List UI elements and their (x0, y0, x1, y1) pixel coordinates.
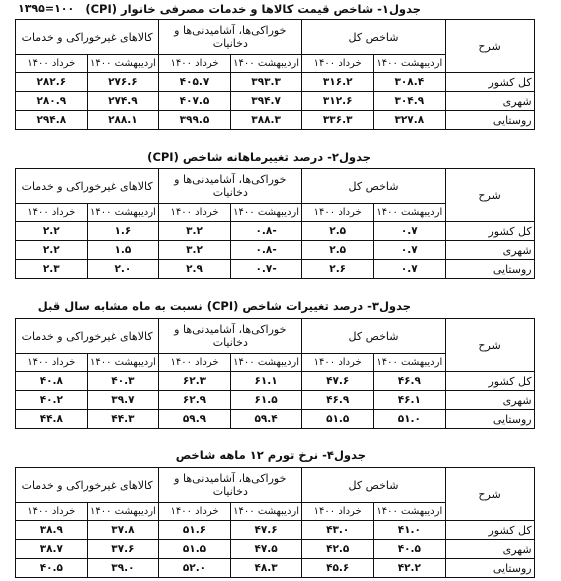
value-cell: ۲۷۶.۶ (87, 73, 159, 92)
table-row: کل کشور۴۶.۹۴۷.۶۶۱.۱۶۲.۳۴۰.۳۴۰.۸ (16, 372, 535, 391)
value-cell: ۴۸.۳ (230, 559, 302, 578)
value-cell: ۳۹.۷ (87, 391, 159, 410)
value-cell: ۲۷۴.۹ (87, 92, 159, 111)
value-cell: ۵۱.۰ (374, 410, 446, 429)
value-cell: ۲۹۴.۸ (16, 111, 88, 130)
column-group-header: کالاهای غیرخوراکی و خدمات (16, 319, 159, 354)
value-cell: ۰.۷ (374, 241, 446, 260)
month-header: اردیبهشت ۱۴۰۰ (374, 354, 446, 372)
value-cell: ۰.۷ (374, 222, 446, 241)
value-cell: ۵۹.۴ (230, 410, 302, 429)
table-2-title: جدول۲- درصد تغییرماهانه شاخص (CPI) (147, 150, 371, 164)
value-cell: ۴۰۷.۵ (159, 92, 231, 111)
value-cell: ۲.۰ (87, 260, 159, 279)
value-cell: -۰.۷ (230, 260, 302, 279)
table-row: روستایی۴۲.۲۴۵.۶۴۸.۳۵۲.۰۳۹.۰۴۰.۵ (16, 559, 535, 578)
month-header: خرداد ۱۴۰۰ (16, 354, 88, 372)
sharh-header: شرح (445, 169, 534, 222)
table-row: روستایی۰.۷۲.۶-۰.۷۲.۹۲.۰۲.۳ (16, 260, 535, 279)
month-header: اردیبهشت ۱۴۰۰ (230, 503, 302, 521)
table-row: کل کشور۴۱.۰۴۳.۰۴۷.۶۵۱.۶۳۷.۸۳۸.۹ (16, 521, 535, 540)
value-cell: ۴۰.۵ (374, 540, 446, 559)
column-group-header: شاخص کل (302, 319, 445, 354)
header-row-groups: شرحشاخص کلخوراکی‌ها، آشامیدنی‌ها و دخانی… (16, 468, 535, 503)
value-cell: ۲.۲ (16, 222, 88, 241)
row-label: روستایی (445, 260, 534, 279)
value-cell: ۴۶.۱ (374, 391, 446, 410)
value-cell: ۲۸۲.۶ (16, 73, 88, 92)
value-cell: ۳۷.۶ (87, 540, 159, 559)
row-label: روستایی (445, 111, 534, 130)
row-label: روستایی (445, 410, 534, 429)
value-cell: ۳۰۸.۴ (374, 73, 446, 92)
table-row: روستایی۵۱.۰۵۱.۵۵۹.۴۵۹.۹۴۴.۳۴۴.۸ (16, 410, 535, 429)
column-group-header: خوراکی‌ها، آشامیدنی‌ها و دخانیات (159, 20, 302, 55)
value-cell: ۴۰.۵ (16, 559, 88, 578)
header-row-groups: شرحشاخص کلخوراکی‌ها، آشامیدنی‌ها و دخانی… (16, 319, 535, 354)
value-cell: ۲.۵ (302, 222, 374, 241)
value-cell: ۶۱.۱ (230, 372, 302, 391)
table-row: روستایی۳۲۷.۸۳۳۶.۳۳۸۸.۳۳۹۹.۵۲۸۸.۱۲۹۴.۸ (16, 111, 535, 130)
sharh-header: شرح (445, 20, 534, 73)
value-cell: ۴۰.۲ (16, 391, 88, 410)
month-header: خرداد ۱۴۰۰ (159, 503, 231, 521)
table-row: کل کشور۰.۷۲.۵-۰.۸۳.۲۱.۶۲.۲ (16, 222, 535, 241)
column-group-header: کالاهای غیرخوراکی و خدمات (16, 20, 159, 55)
value-cell: ۴۶.۹ (302, 391, 374, 410)
row-label: روستایی (445, 559, 534, 578)
month-header: اردیبهشت ۱۴۰۰ (374, 55, 446, 73)
value-cell: ۳۷.۸ (87, 521, 159, 540)
row-label: کل کشور (445, 222, 534, 241)
row-label: شهری (445, 540, 534, 559)
month-header: اردیبهشت ۱۴۰۰ (374, 204, 446, 222)
month-header: خرداد ۱۴۰۰ (159, 354, 231, 372)
value-cell: ۳۱۶.۲ (302, 73, 374, 92)
value-cell: ۴۲.۲ (374, 559, 446, 578)
base-year-note: ۱۳۹۵=۱۰۰ (18, 2, 74, 15)
value-cell: ۴۷.۶ (302, 372, 374, 391)
month-header: اردیبهشت ۱۴۰۰ (87, 503, 159, 521)
value-cell: ۰.۷ (374, 260, 446, 279)
table-row: شهری۳۰۴.۹۳۱۲.۶۳۹۴.۷۴۰۷.۵۲۷۴.۹۲۸۰.۹ (16, 92, 535, 111)
value-cell: ۴۲.۵ (302, 540, 374, 559)
value-cell: ۳۹۳.۳ (230, 73, 302, 92)
value-cell: ۲.۹ (159, 260, 231, 279)
row-label: شهری (445, 92, 534, 111)
value-cell: ۳۸.۷ (16, 540, 88, 559)
table-row: شهری۴۰.۵۴۲.۵۴۷.۵۵۱.۵۳۷.۶۳۸.۷ (16, 540, 535, 559)
value-cell: ۳۹۹.۵ (159, 111, 231, 130)
value-cell: ۶۲.۹ (159, 391, 231, 410)
column-group-header: کالاهای غیرخوراکی و خدمات (16, 468, 159, 503)
column-group-header: کالاهای غیرخوراکی و خدمات (16, 169, 159, 204)
value-cell: ۵۲.۰ (159, 559, 231, 578)
column-group-header: شاخص کل (302, 20, 445, 55)
row-label: کل کشور (445, 521, 534, 540)
month-header: اردیبهشت ۱۴۰۰ (374, 503, 446, 521)
value-cell: ۴۴.۸ (16, 410, 88, 429)
row-label: کل کشور (445, 73, 534, 92)
month-header: خرداد ۱۴۰۰ (16, 204, 88, 222)
value-cell: ۵۹.۹ (159, 410, 231, 429)
value-cell: ۲.۵ (302, 241, 374, 260)
table-3-title: جدول۳- درصد تغییرات شاخص (CPI) نسبت به م… (38, 299, 411, 313)
month-header: خرداد ۱۴۰۰ (16, 55, 88, 73)
cpi-table-4: شرحشاخص کلخوراکی‌ها، آشامیدنی‌ها و دخانی… (15, 467, 535, 578)
value-cell: ۴۰.۳ (87, 372, 159, 391)
row-label: کل کشور (445, 372, 534, 391)
sharh-header: شرح (445, 319, 534, 372)
value-cell: ۴۵.۶ (302, 559, 374, 578)
value-cell: ۴۴.۳ (87, 410, 159, 429)
cpi-table-1: شرحشاخص کلخوراکی‌ها، آشامیدنی‌ها و دخانی… (15, 19, 535, 130)
value-cell: ۳۲۷.۸ (374, 111, 446, 130)
month-header: خرداد ۱۴۰۰ (16, 503, 88, 521)
value-cell: ۵۱.۵ (302, 410, 374, 429)
value-cell: ۴۱.۰ (374, 521, 446, 540)
value-cell: ۵۱.۶ (159, 521, 231, 540)
table-1-title: جدول۱- شاخص قیمت کالاها و خدمات مصرفی خا… (85, 2, 421, 16)
value-cell: ۴۷.۵ (230, 540, 302, 559)
month-header: خرداد ۱۴۰۰ (302, 354, 374, 372)
value-cell: ۶۲.۳ (159, 372, 231, 391)
row-label: شهری (445, 391, 534, 410)
month-header: اردیبهشت ۱۴۰۰ (230, 204, 302, 222)
value-cell: ۳۳۶.۳ (302, 111, 374, 130)
month-header: خرداد ۱۴۰۰ (302, 55, 374, 73)
value-cell: ۳۸.۹ (16, 521, 88, 540)
value-cell: ۴۳.۰ (302, 521, 374, 540)
value-cell: ۲.۳ (16, 260, 88, 279)
value-cell: ۳۰۴.۹ (374, 92, 446, 111)
value-cell: ۱.۶ (87, 222, 159, 241)
value-cell: ۲.۲ (16, 241, 88, 260)
header-row-groups: شرحشاخص کلخوراکی‌ها، آشامیدنی‌ها و دخانی… (16, 20, 535, 55)
month-header: اردیبهشت ۱۴۰۰ (87, 354, 159, 372)
column-group-header: خوراکی‌ها، آشامیدنی‌ها و دخانیات (159, 468, 302, 503)
sharh-header: شرح (445, 468, 534, 521)
value-cell: ۲۸۸.۱ (87, 111, 159, 130)
cpi-table-2: شرحشاخص کلخوراکی‌ها، آشامیدنی‌ها و دخانی… (15, 168, 535, 279)
value-cell: ۳۹۴.۷ (230, 92, 302, 111)
month-header: خرداد ۱۴۰۰ (159, 55, 231, 73)
value-cell: ۳.۲ (159, 241, 231, 260)
month-header: اردیبهشت ۱۴۰۰ (230, 55, 302, 73)
header-row-groups: شرحشاخص کلخوراکی‌ها، آشامیدنی‌ها و دخانی… (16, 169, 535, 204)
table-row: شهری۴۶.۱۴۶.۹۶۱.۵۶۲.۹۳۹.۷۴۰.۲ (16, 391, 535, 410)
column-group-header: شاخص کل (302, 468, 445, 503)
value-cell: ۲۸۰.۹ (16, 92, 88, 111)
month-header: اردیبهشت ۱۴۰۰ (230, 354, 302, 372)
value-cell: ۴۷.۶ (230, 521, 302, 540)
column-group-header: خوراکی‌ها، آشامیدنی‌ها و دخانیات (159, 169, 302, 204)
table-row: شهری۰.۷۲.۵-۰.۸۳.۲۱.۵۲.۲ (16, 241, 535, 260)
value-cell: ۱.۵ (87, 241, 159, 260)
value-cell: ۶۱.۵ (230, 391, 302, 410)
column-group-header: خوراکی‌ها، آشامیدنی‌ها و دخانیات (159, 319, 302, 354)
month-header: خرداد ۱۴۰۰ (302, 204, 374, 222)
value-cell: ۴۶.۹ (374, 372, 446, 391)
value-cell: ۲.۶ (302, 260, 374, 279)
value-cell: ۳۱۲.۶ (302, 92, 374, 111)
table-row: کل کشور۳۰۸.۴۳۱۶.۲۳۹۳.۳۴۰۵.۷۲۷۶.۶۲۸۲.۶ (16, 73, 535, 92)
value-cell: ۵۱.۵ (159, 540, 231, 559)
column-group-header: شاخص کل (302, 169, 445, 204)
value-cell: ۳۹.۰ (87, 559, 159, 578)
table-4-title: جدول۴- نرخ تورم ۱۲ ماهه شاخص (176, 448, 366, 462)
row-label: شهری (445, 241, 534, 260)
value-cell: ۴۰۵.۷ (159, 73, 231, 92)
month-header: اردیبهشت ۱۴۰۰ (87, 55, 159, 73)
value-cell: -۰.۸ (230, 222, 302, 241)
month-header: اردیبهشت ۱۴۰۰ (87, 204, 159, 222)
value-cell: ۳۸۸.۳ (230, 111, 302, 130)
value-cell: ۳.۲ (159, 222, 231, 241)
month-header: خرداد ۱۴۰۰ (159, 204, 231, 222)
month-header: خرداد ۱۴۰۰ (302, 503, 374, 521)
value-cell: ۴۰.۸ (16, 372, 88, 391)
value-cell: -۰.۸ (230, 241, 302, 260)
cpi-table-3: شرحشاخص کلخوراکی‌ها، آشامیدنی‌ها و دخانی… (15, 318, 535, 429)
